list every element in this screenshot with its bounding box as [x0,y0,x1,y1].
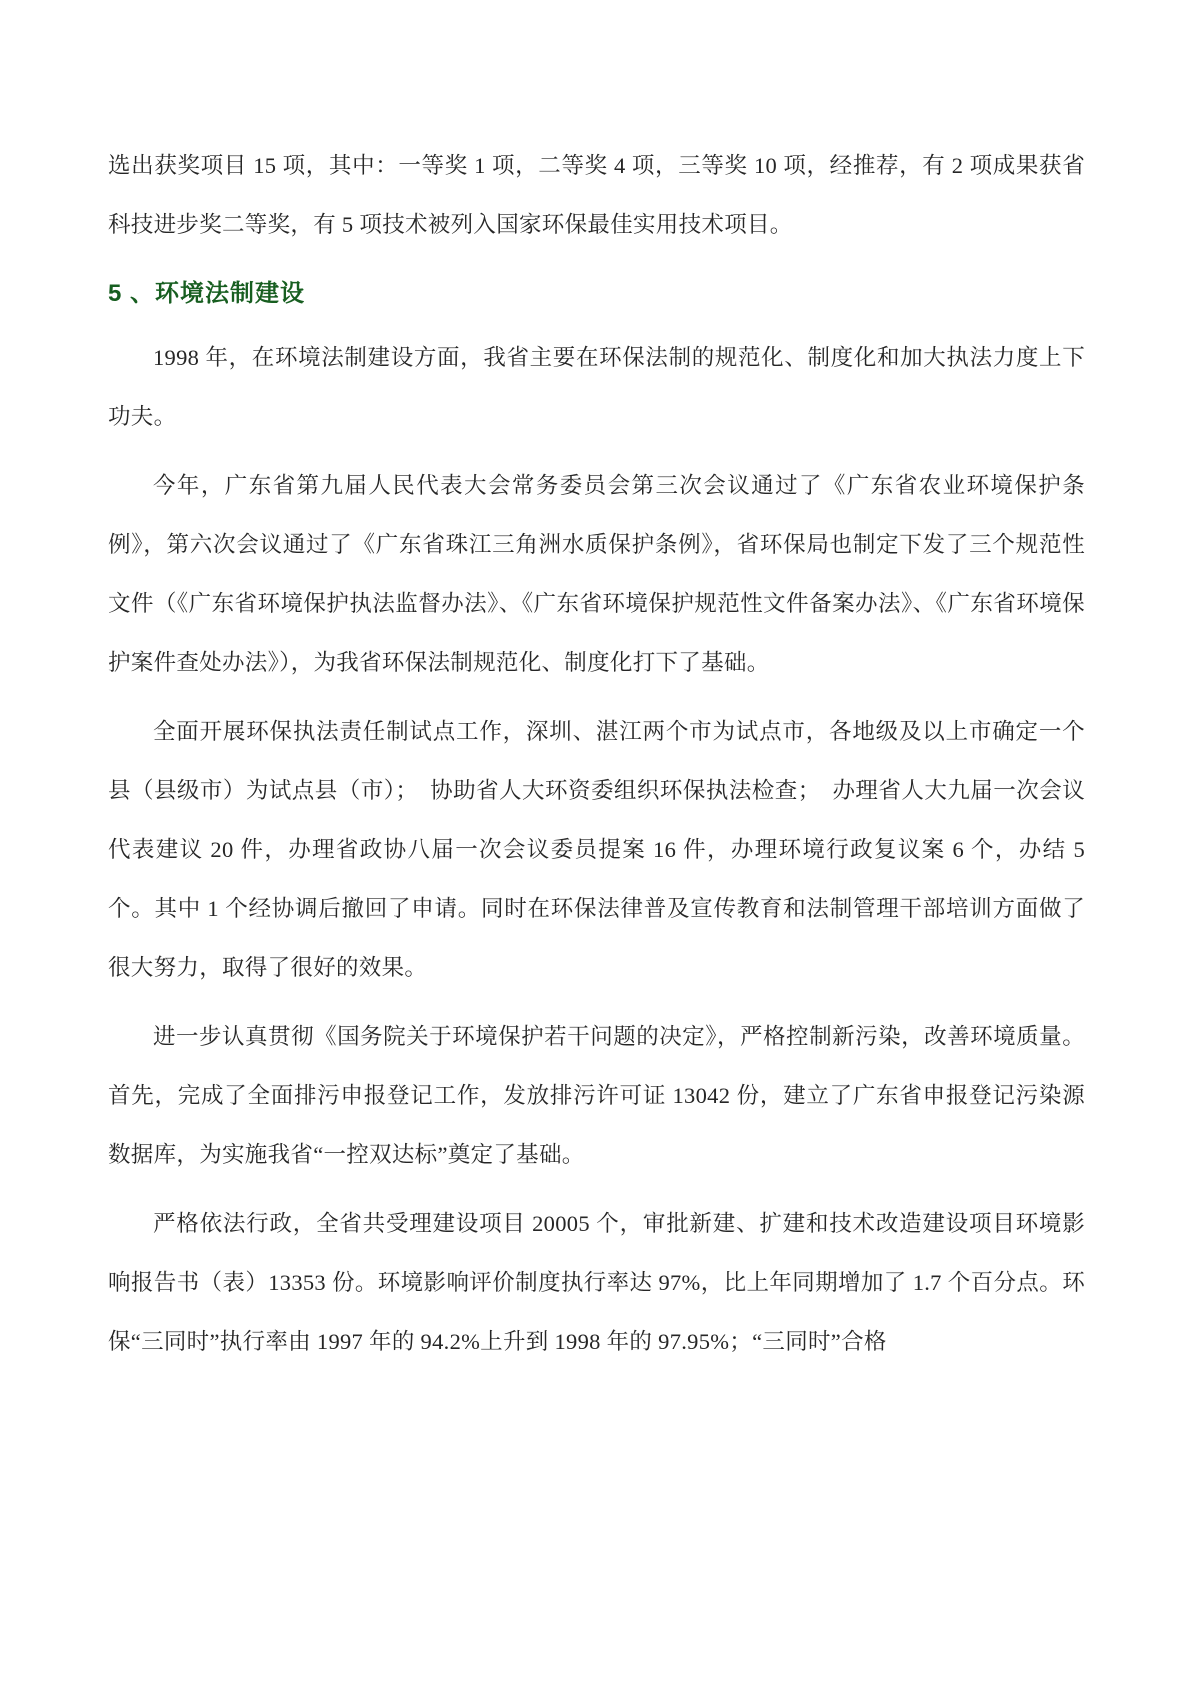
section-paragraph: 进一步认真贯彻《国务院关于环境保护若干问题的决定》，严格控制新污染，改善环境质量… [108,1007,1085,1184]
section-paragraph: 全面开展环保执法责任制试点工作，深圳、湛江两个市为试点市，各地级及以上市确定一个… [108,702,1085,997]
continuation-paragraph: 选出获奖项目 15 项，其中：一等奖 1 项，二等奖 4 项，三等奖 10 项，… [108,136,1085,254]
section-paragraph: 严格依法行政，全省共受理建设项目 20005 个，审批新建、扩建和技术改造建设项… [108,1194,1085,1371]
document-page: 选出获奖项目 15 项，其中：一等奖 1 项，二等奖 4 项，三等奖 10 项，… [0,0,1191,1684]
section-paragraph: 今年，广东省第九届人民代表大会常务委员会第三次会议通过了《广东省农业环境保护条例… [108,456,1085,692]
section-heading: 5 、环境法制建设 [108,274,1085,314]
section-paragraph: 1998 年，在环境法制建设方面，我省主要在环保法制的规范化、制度化和加大执法力… [108,328,1085,446]
